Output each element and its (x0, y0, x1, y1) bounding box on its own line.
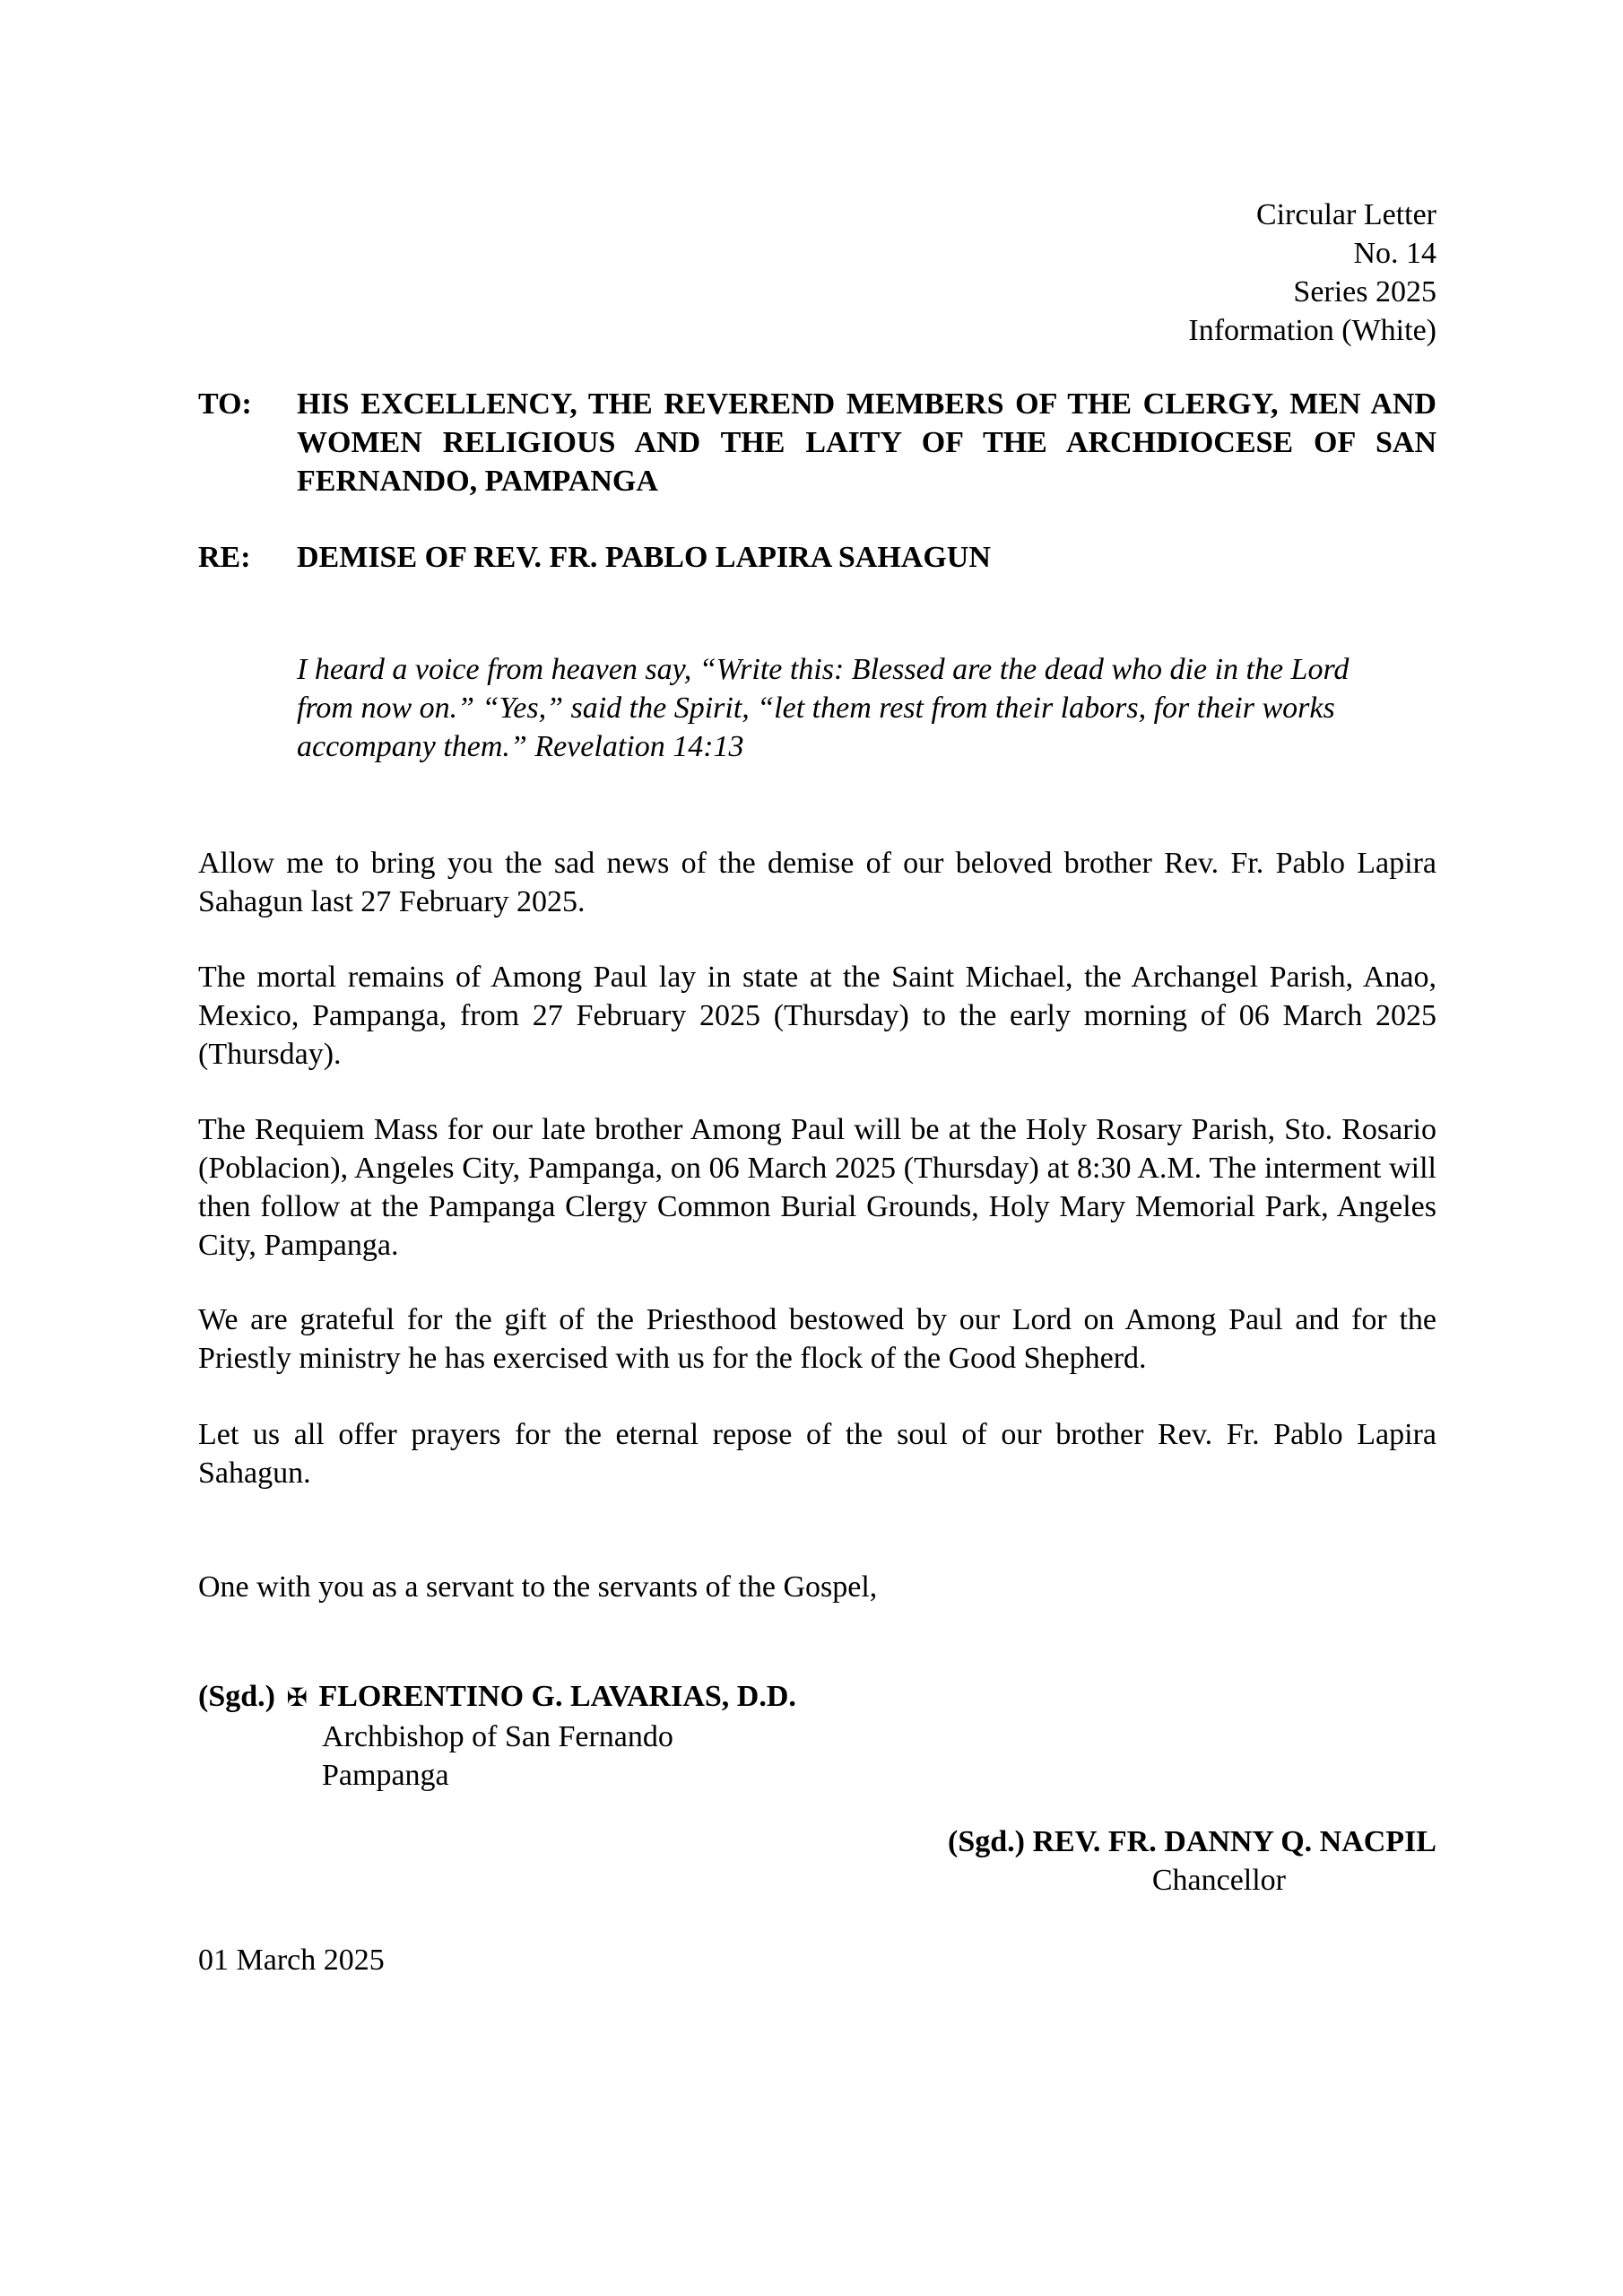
scripture-epigraph: I heard a voice from heaven say, “Write … (297, 650, 1355, 766)
re-value: DEMISE OF REV. FR. PABLO LAPIRA SAHAGUN (297, 538, 1436, 577)
to-field: TO: HIS EXCELLENCY, THE REVEREND MEMBERS… (198, 385, 1436, 501)
letter-series: Series 2025 (1188, 273, 1436, 311)
chancellor-title: Chancellor (948, 1861, 1436, 1900)
re-label: RE: (198, 538, 251, 577)
body-paragraph: Allow me to bring you the sad news of th… (198, 844, 1436, 921)
circular-letter-page: Circular Letter No. 14 Series 2025 Infor… (0, 0, 1623, 2296)
archbishop-name-line: (Sgd.) ✠ FLORENTINO G. LAVARIAS, D.D. (198, 1677, 796, 1718)
chancellor-name: REV. FR. DANNY Q. NACPIL (1032, 1825, 1436, 1858)
body-paragraph: The mortal remains of Among Paul lay in … (198, 958, 1436, 1074)
archbishop-name: FLORENTINO G. LAVARIAS, D.D. (318, 1680, 795, 1713)
letter-number: No. 14 (1188, 234, 1436, 273)
re-field: RE: DEMISE OF REV. FR. PABLO LAPIRA SAHA… (198, 538, 1436, 577)
letter-reference-block: Circular Letter No. 14 Series 2025 Infor… (1188, 196, 1436, 350)
archbishop-location: Pampanga (198, 1756, 796, 1795)
archbishop-title: Archbishop of San Fernando (198, 1718, 796, 1756)
archbishop-signature-block: (Sgd.) ✠ FLORENTINO G. LAVARIAS, D.D. Ar… (198, 1677, 796, 1795)
closing-salutation: One with you as a servant to the servant… (198, 1568, 877, 1606)
body-paragraph: The Requiem Mass for our late brother Am… (198, 1110, 1436, 1265)
to-value: HIS EXCELLENCY, THE REVEREND MEMBERS OF … (297, 385, 1436, 500)
maltese-cross-icon: ✠ (286, 1679, 307, 1718)
body-paragraph: Let us all offer prayers for the eternal… (198, 1415, 1436, 1492)
chancellor-name-line: (Sgd.) REV. FR. DANNY Q. NACPIL (948, 1822, 1436, 1861)
signed-prefix: (Sgd.) (198, 1680, 275, 1713)
letter-classification: Information (White) (1188, 311, 1436, 350)
chancellor-signature-block: (Sgd.) REV. FR. DANNY Q. NACPIL Chancell… (948, 1822, 1436, 1900)
body-paragraph: We are grateful for the gift of the Prie… (198, 1300, 1436, 1378)
letter-type: Circular Letter (1188, 196, 1436, 234)
to-label: TO: (198, 385, 252, 423)
letter-date: 01 March 2025 (198, 1941, 385, 1979)
signed-prefix: (Sgd.) (948, 1825, 1025, 1858)
